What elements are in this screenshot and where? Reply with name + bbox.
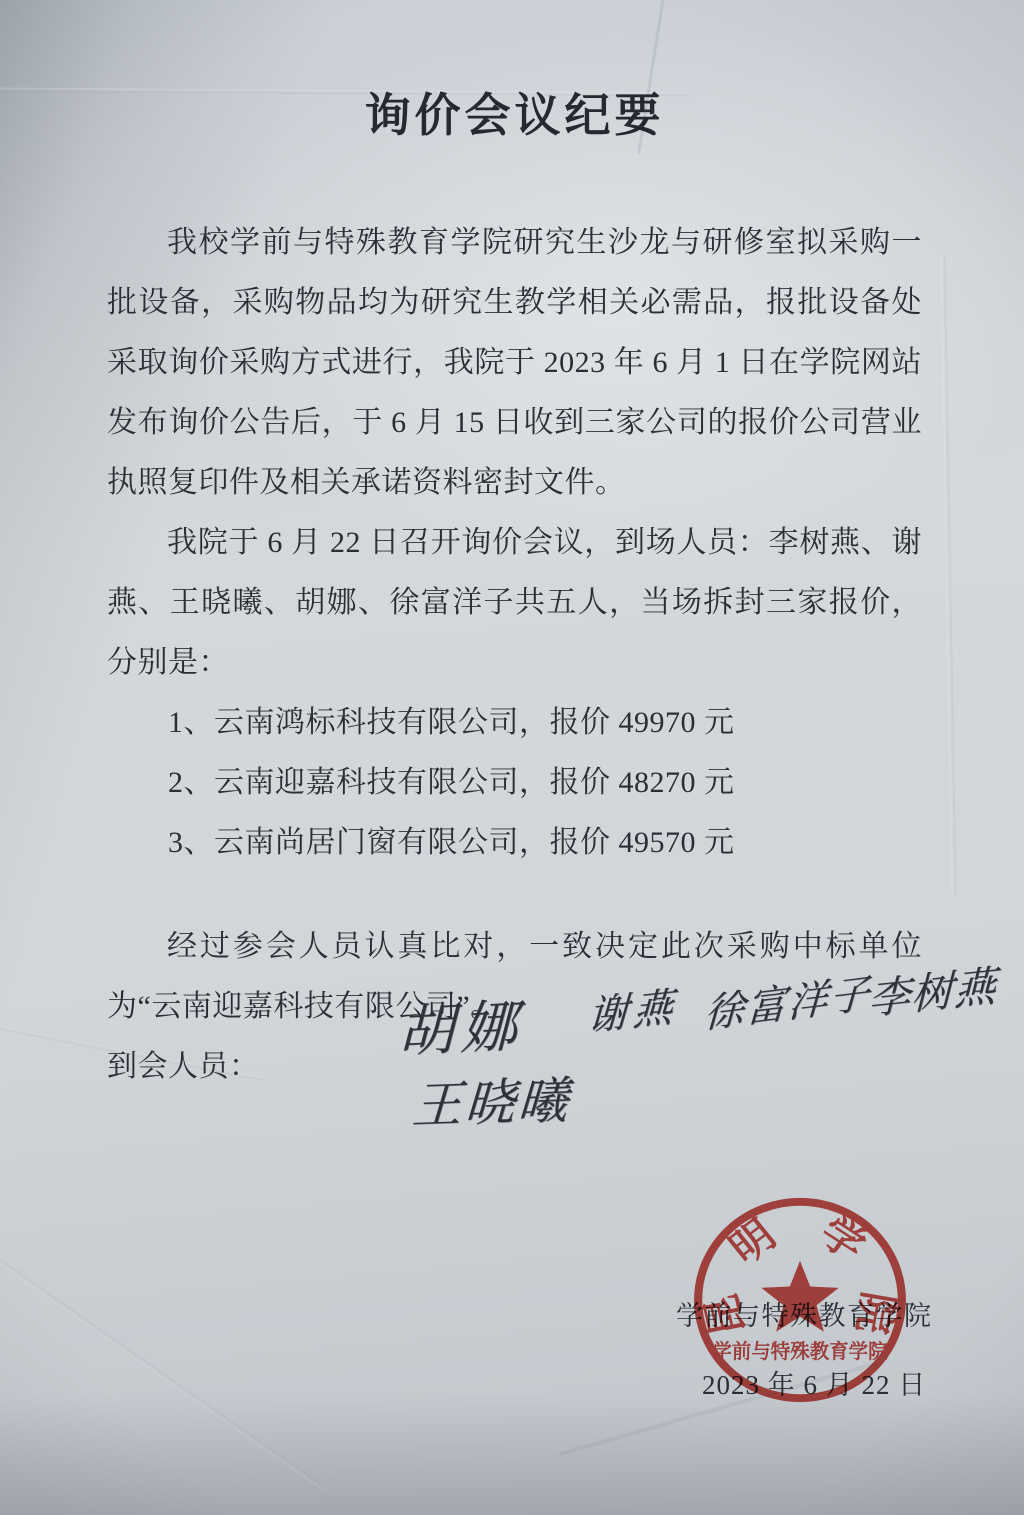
quote-company: 云南迎嘉科技有限公司， <box>214 766 550 799</box>
quote-price: 报价 49570 元 <box>550 826 735 859</box>
paragraph-meeting-attendance: 我院于 6 月 22 日召开询价会议，到场人员：李树燕、谢燕、王晓曦、胡娜、徐富… <box>107 513 922 693</box>
seal-arc-char: 院 <box>847 1288 902 1337</box>
seal-star-icon <box>761 1261 838 1332</box>
quote-number: 3、 <box>168 826 214 859</box>
document-page: 询价会议纪要 我校学前与特殊教育学院研究生沙龙与研修室拟采购一批设备，采购物品均… <box>0 0 1024 1515</box>
quote-item: 1、云南鸿标科技有限公司，报价 49970 元 <box>168 693 922 753</box>
seal-banner-text: 学前与特殊教育学院 <box>712 1339 887 1363</box>
signature-wang-xiao-xi: 王晓曦 <box>410 1060 573 1138</box>
signature-xie-yan: 谢燕 <box>587 975 680 1042</box>
quote-item: 2、云南迎嘉科技有限公司，报价 48270 元 <box>168 753 922 813</box>
official-seal-stamp: 昆 明 学 院 学前与特殊教育学院 <box>690 1194 910 1406</box>
quote-list: 1、云南鸿标科技有限公司，报价 49970 元 2、云南迎嘉科技有限公司，报价 … <box>107 693 922 873</box>
photographed-document: { "doc": { "title": "询价会议纪要", "paragraph… <box>0 0 1024 1515</box>
quote-number: 2、 <box>168 766 214 799</box>
signature-li-shu-yan: 李树燕 <box>868 953 997 1027</box>
seal-arc-char: 学 <box>811 1209 873 1270</box>
seal-arc-char: 昆 <box>699 1290 754 1340</box>
quote-company: 云南鸿标科技有限公司， <box>214 706 550 739</box>
document-title: 询价会议纪要 <box>107 88 922 143</box>
quote-price: 报价 49970 元 <box>550 706 735 739</box>
quote-price: 报价 48270 元 <box>550 766 735 799</box>
signature-hu-na: 胡娜 <box>397 982 524 1069</box>
quote-number: 1、 <box>168 706 214 739</box>
quote-company: 云南尚居门窗有限公司， <box>214 826 550 859</box>
seal-graphic: 昆 明 学 院 学前与特殊教育学院 <box>690 1194 910 1406</box>
seal-arc-char: 明 <box>722 1212 785 1273</box>
paragraph-procurement-background: 我校学前与特殊教育学院研究生沙龙与研修室拟采购一批设备，采购物品均为研究生教学相… <box>107 213 922 513</box>
quote-item: 3、云南尚居门窗有限公司，报价 49570 元 <box>168 813 922 873</box>
